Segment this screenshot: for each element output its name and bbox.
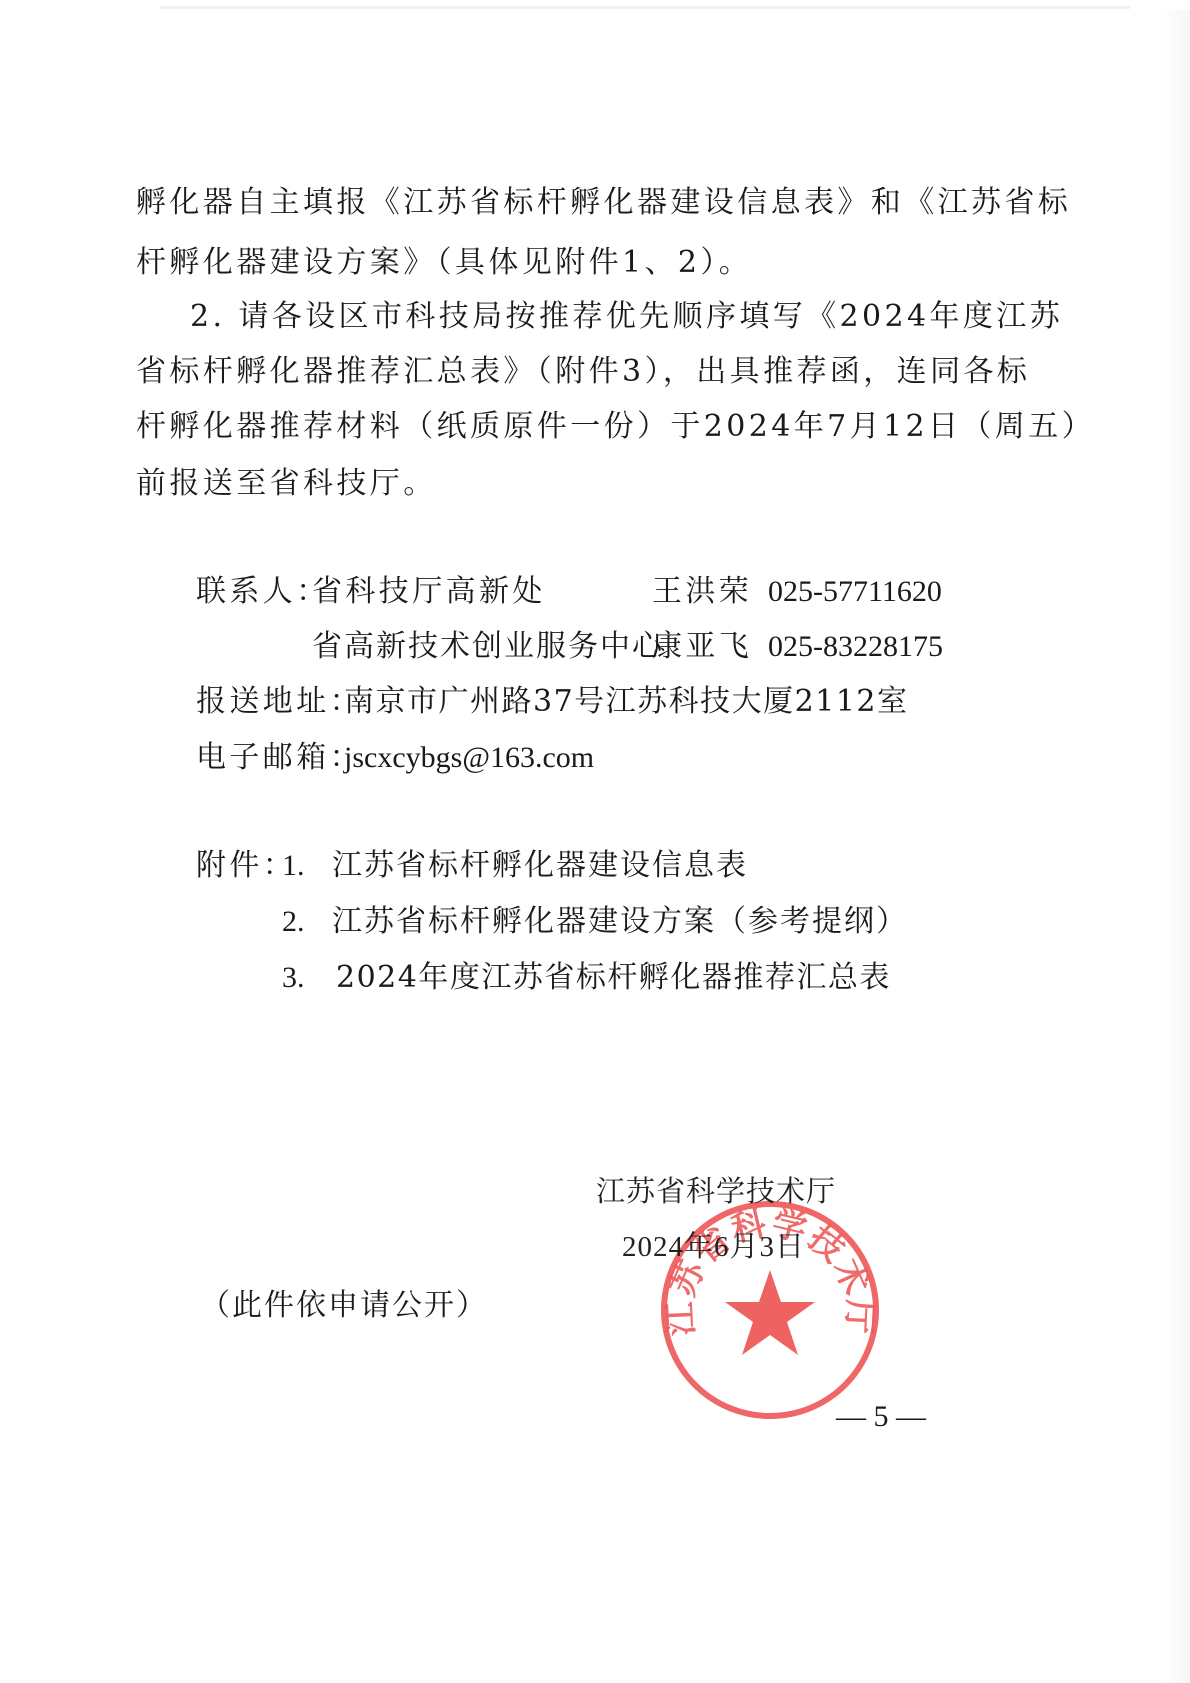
scan-edge [1162,10,1190,1683]
attachment-number: 2. [282,902,305,942]
attachment-number: 3. [282,958,305,998]
svg-text:江苏省科学技术厅: 江苏省科学技术厅 [660,1203,879,1336]
address-value: 南京市广州路37号江苏科技大厦2112室 [344,682,909,722]
contact-unit: 省科技厅高新处 [312,572,546,612]
contact-name: 王洪荣 [652,572,752,612]
scan-edge [160,6,1130,9]
issuer-name: 江苏省科学技术厅 [596,1173,836,1209]
attachment-title: 江苏省标杆孵化器建设方案（参考提纲） [332,902,908,942]
email-value: jscxcybgs@163.com [344,738,594,778]
disclosure-note: （此件依申请公开） [200,1286,488,1326]
contact-name: 康亚飞 [652,627,752,667]
page-number: — 5 — [836,1400,926,1434]
paragraph-line: 杆孵化器推荐材料（纸质原件一份）于2024年7月12日（周五） [136,407,1095,447]
paragraph-line: 2. 请各设区市科技局按推荐优先顺序填写《2024年度江苏 [190,297,1063,337]
attachment-title: 江苏省标杆孵化器建设信息表 [332,846,748,886]
contact-phone: 025-57711620 [768,572,942,612]
attachment-number: 1. [282,846,305,886]
contacts-label: 联系人： [196,572,330,612]
email-label: 电子邮箱： [196,738,363,778]
paragraph-line: 杆孵化器建设方案》（具体见附件1、2）。 [136,243,752,283]
paragraph-line: 省标杆孵化器推荐汇总表》（附件3），出具推荐函，连同各标 [136,352,1030,392]
contact-phone: 025-83228175 [768,627,943,667]
contact-unit: 省高新技术创业服务中心 [312,627,664,667]
document-page: 孵化器自主填报《江苏省标杆孵化器建设信息表》和《江苏省标 杆孵化器建设方案》（具… [0,0,1190,1683]
paragraph-line: 孵化器自主填报《江苏省标杆孵化器建设信息表》和《江苏省标 [136,183,1071,223]
address-label: 报送地址： [196,682,363,722]
paragraph-line: 前报送至省科技厅。 [136,464,437,504]
issue-date: 2024年6月3日 [622,1229,805,1265]
attachment-title: 2024年度江苏省标杆孵化器推荐汇总表 [336,958,891,998]
